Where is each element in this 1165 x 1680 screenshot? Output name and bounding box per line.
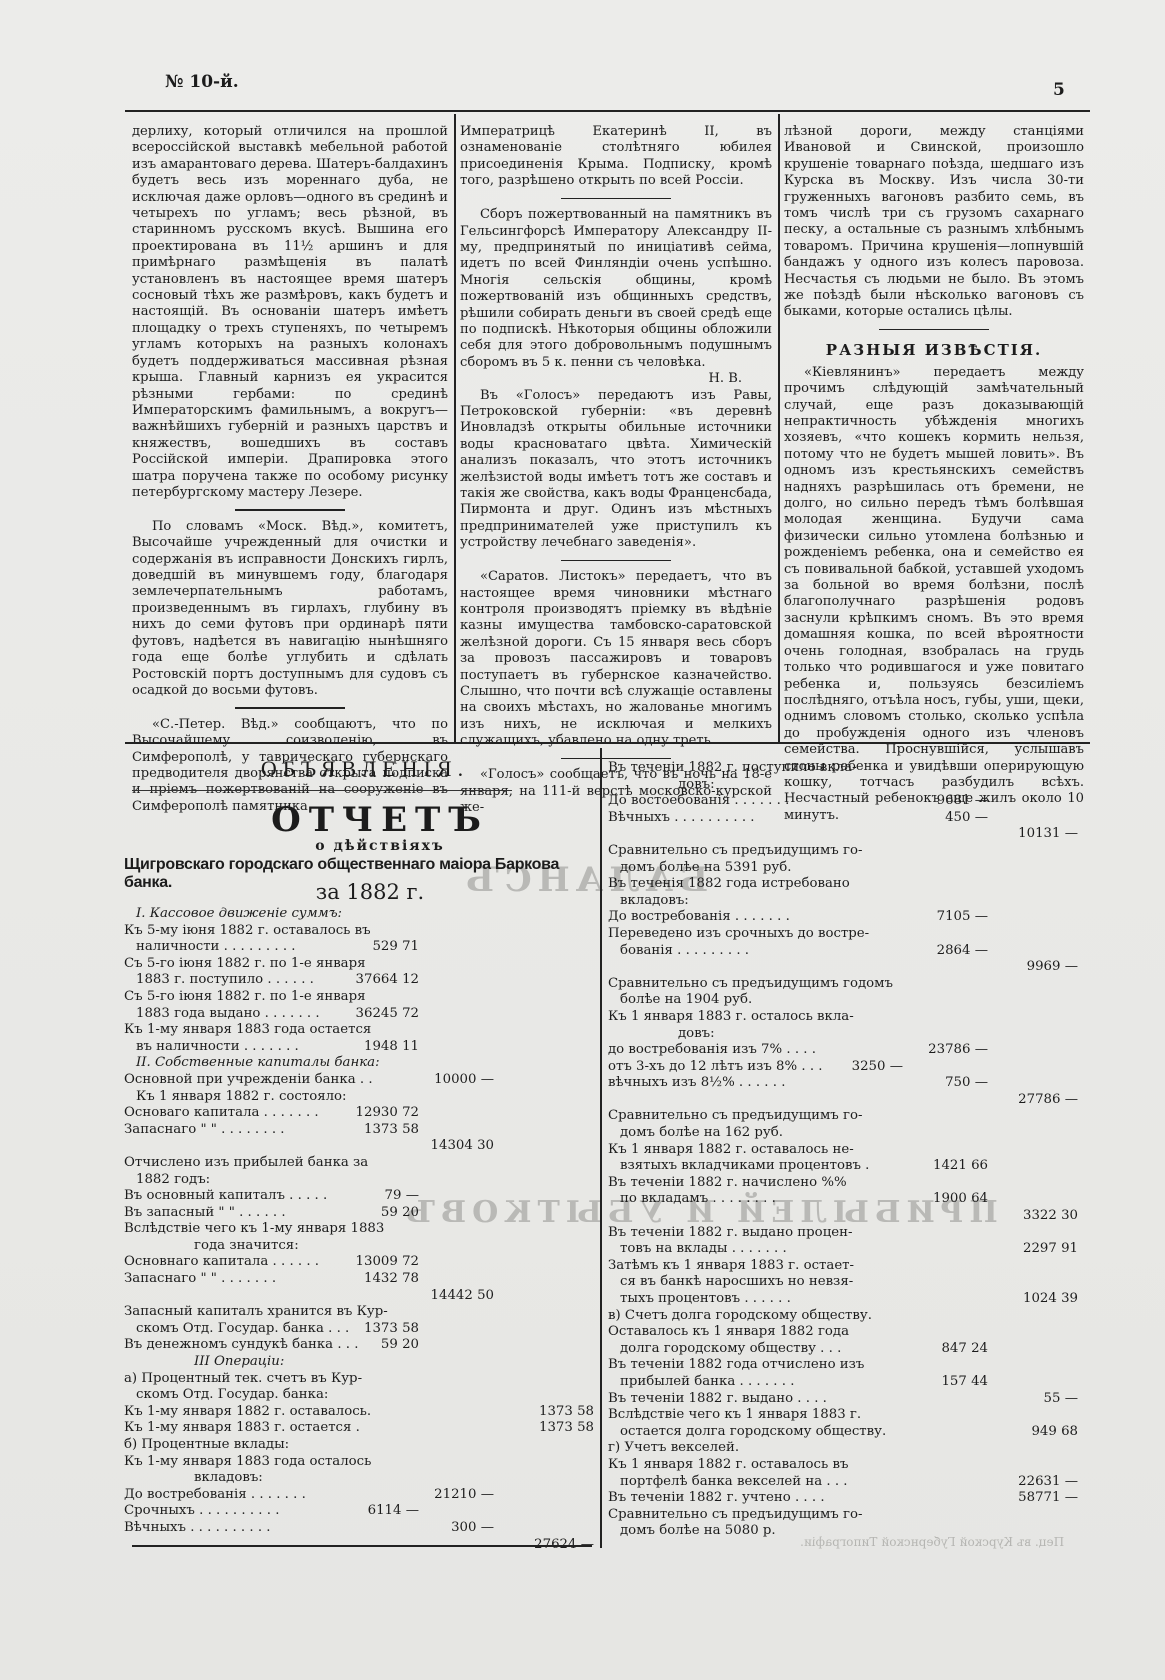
report-row: долга городскому обществу . . .847 24 xyxy=(608,1341,1088,1358)
row-label: домъ болѣе на 162 руб. xyxy=(620,1125,783,1142)
report-row: Въ теченіи 1882 г. начислено %% xyxy=(608,1175,1088,1192)
report-row: Къ 1 января 1883 г. осталось вкла- xyxy=(608,1009,1088,1026)
row-label: Въ основный капиталъ . . . . . xyxy=(124,1188,327,1205)
report-row: остается долга городскому обществу.949 6… xyxy=(608,1424,1088,1441)
report-row: до востребованія изъ 7% . . . .23786 — xyxy=(608,1042,1088,1059)
report-row: До востоебованія . . . . . . .9681 — xyxy=(608,793,1088,810)
article-paragraph: Сборъ пожертвованный на памятникъ въ Гел… xyxy=(460,207,772,371)
separator xyxy=(235,707,345,709)
report-row: скомъ Отд. Государ. банка: xyxy=(124,1387,594,1404)
bottom-rule xyxy=(132,1545,592,1547)
row-label: 1883 года выдано . . . . . . . xyxy=(136,1006,320,1023)
report-title: ОТЧЕТЪ xyxy=(260,800,500,840)
separator xyxy=(235,509,345,511)
row-amount: 1432 78 xyxy=(364,1271,419,1288)
row-label: бованія . . . . . . . . . xyxy=(620,943,749,960)
row-label: Вслѣдствіе чего къ 1-му января 1883 xyxy=(124,1221,384,1238)
report-row: болѣе на 1904 руб. xyxy=(608,992,1088,1009)
report-row: домъ болѣе на 162 руб. xyxy=(608,1125,1088,1142)
row-amount: 79 — xyxy=(385,1188,419,1205)
row-label: Къ 1 января 1882 г. оставалось въ xyxy=(608,1457,848,1474)
report-row: Сравнительно съ предъидущимъ го- xyxy=(608,1108,1088,1125)
report-row: взятыхъ вкладчиками процентовъ .1421 66 xyxy=(608,1158,1088,1175)
row-amount: 1024 39 xyxy=(1023,1291,1078,1308)
row-amount: 22631 — xyxy=(1018,1474,1078,1491)
row-label: Запасный капиталъ хранится въ Кур- xyxy=(124,1304,388,1321)
report-row: Переведено изъ срочныхъ до востре- xyxy=(608,926,1088,943)
row-amount: 12930 72 xyxy=(356,1105,419,1122)
row-amount: 27786 — xyxy=(1018,1092,1078,1109)
report-row: тыхъ процентовъ . . . . . .1024 39 xyxy=(608,1291,1088,1308)
row-label: Въ теченіи 1882 г. выдано процен- xyxy=(608,1225,852,1242)
row-amount: 1373 58 xyxy=(539,1404,594,1421)
report-row: Оставалось къ 1 января 1882 года xyxy=(608,1324,1088,1341)
separator xyxy=(879,329,989,331)
row-label: взятыхъ вкладчиками процентовъ . xyxy=(620,1158,869,1175)
row-label: скомъ Отд. Государ. банка: xyxy=(136,1387,328,1404)
article-signature: Н. В. xyxy=(460,371,742,387)
report-row: 3322 30 xyxy=(608,1208,1088,1225)
report-row: скомъ Отд. Государ. банка . . .1373 58 xyxy=(124,1321,594,1338)
row-label: Къ 1-му января 1883 года остается xyxy=(124,1022,371,1039)
report-row: Къ 1-му января 1883 года остается xyxy=(124,1022,594,1039)
report-row: в) Счетъ долга городскому обществу. xyxy=(608,1308,1088,1325)
row-amount: 58771 — xyxy=(1018,1490,1078,1507)
report-row: товъ на вклады . . . . . . .2297 91 xyxy=(608,1241,1088,1258)
report-row: Сравнительно съ предъидущимъ годомъ xyxy=(608,976,1088,993)
row-amount: 3250 — xyxy=(852,1059,903,1076)
report-row: Срочныхъ . . . . . . . . . .6114 — xyxy=(124,1503,594,1520)
row-label: довъ: xyxy=(678,777,715,794)
row-label: вкладовъ: xyxy=(194,1470,263,1487)
row-amount: 157 44 xyxy=(941,1374,988,1391)
report-row: Запаснаго " " . . . . . . .1432 78 xyxy=(124,1271,594,1288)
row-amount: 7105 — xyxy=(937,909,988,926)
row-label: Съ 5-го іюня 1882 г. по 1-е января xyxy=(124,989,366,1006)
row-label: Основаго капитала . . . . . . . xyxy=(124,1105,319,1122)
row-label: Вѣчныхъ . . . . . . . . . . xyxy=(608,810,755,827)
report-table-right: Въ теченіи 1882 г. поступило вкла-довъ:Д… xyxy=(608,760,1088,1540)
row-amount: 2297 91 xyxy=(1023,1241,1078,1258)
report-row: Въ теченіи 1882 г. поступило вкла- xyxy=(608,760,1088,777)
report-row: Вслѣдствіе чего къ 1-му января 1883 xyxy=(124,1221,594,1238)
report-row: Къ 5-му іюня 1882 г. оставалось въ xyxy=(124,923,594,940)
report-row: Къ 1 января 1882 г. состояло: xyxy=(124,1089,594,1106)
row-amount: 21210 — xyxy=(434,1487,494,1504)
report-row: вкладовъ: xyxy=(124,1470,594,1487)
row-label: Въ запасный " " . . . . . . xyxy=(124,1205,286,1222)
row-label: Отчислено изъ прибылей банка за xyxy=(124,1155,368,1172)
report-row: 27786 — xyxy=(608,1092,1088,1109)
row-label: Сравнительно съ предъидущимъ годомъ xyxy=(608,976,893,993)
row-label: скомъ Отд. Государ. банка . . . xyxy=(136,1321,349,1338)
article-paragraph: «Саратов. Листокъ» передаетъ, что въ нас… xyxy=(460,569,772,749)
report-row: III Операціи: xyxy=(124,1354,594,1371)
report-row: Основнаго капитала . . . . . .13009 72 xyxy=(124,1254,594,1271)
row-amount: 1421 66 xyxy=(933,1158,988,1175)
row-label: а) Процентный тек. счетъ въ Кур- xyxy=(124,1371,362,1388)
report-row: бованія . . . . . . . . .2864 — xyxy=(608,943,1088,960)
report-row: Сравнительно съ предъидущимъ го- xyxy=(608,843,1088,860)
report-row: а) Процентный тек. счетъ въ Кур- xyxy=(124,1371,594,1388)
row-label: в) Счетъ долга городскому обществу. xyxy=(608,1308,872,1325)
row-label: портфелѣ банка векселей на . . . xyxy=(620,1474,848,1491)
row-amount: 55 — xyxy=(1044,1391,1078,1408)
row-label: Къ 1 января 1883 г. осталось вкла- xyxy=(608,1009,854,1026)
row-amount: 750 — xyxy=(945,1075,988,1092)
report-row: отъ 3-хъ до 12 лѣтъ изъ 8% . . .3250 — xyxy=(608,1059,1088,1076)
row-label: Сравнительно съ предъидущимъ го- xyxy=(608,1108,862,1125)
row-label: вкладовъ: xyxy=(620,893,689,910)
row-label: Запаснаго " " . . . . . . . xyxy=(124,1271,276,1288)
row-label: До востребованія . . . . . . . xyxy=(608,909,790,926)
row-label: болѣе на 1904 руб. xyxy=(620,992,752,1009)
report-row: Къ 1-му января 1882 г. оставалось.1373 5… xyxy=(124,1404,594,1421)
ads-section-title: ОБЪЯВЛЕНІЯ. xyxy=(230,756,500,782)
separator xyxy=(561,198,671,200)
newspaper-page: БАЛАНСЪ ПРИБЫЛЕЙ И УБЫТКОВЪ Пец. въ Курс… xyxy=(0,0,1165,1680)
report-row: Въ теченіи 1882 года отчислено изъ xyxy=(608,1357,1088,1374)
separator xyxy=(561,560,671,562)
report-row: 14442 50 xyxy=(124,1288,594,1305)
report-row: ся въ банкѣ наросшихъ но невзя- xyxy=(608,1274,1088,1291)
row-label: Къ 1-му января 1883 г. остается . xyxy=(124,1420,360,1437)
column-divider-2 xyxy=(778,114,780,742)
report-row: вкладовъ: xyxy=(608,893,1088,910)
row-amount: 2864 — xyxy=(937,943,988,960)
report-row: Въ запасный " " . . . . . .59 20 xyxy=(124,1205,594,1222)
report-row: въ наличности . . . . . . .1948 11 xyxy=(124,1039,594,1056)
row-label: тыхъ процентовъ . . . . . . xyxy=(620,1291,791,1308)
row-label: Въ теченіи 1882 г. учтено . . . . xyxy=(608,1490,825,1507)
report-row: Къ 1 января 1882 г. оставалось не- xyxy=(608,1142,1088,1159)
column-2: Императрицѣ Екатеринѣ II, въ ознаменован… xyxy=(460,124,772,816)
report-row: Съ 5-го іюня 1882 г. по 1-е января xyxy=(124,989,594,1006)
row-label: Основной при учрежденіи банка . . xyxy=(124,1072,373,1089)
row-label: Въ денежномъ сундукѣ банка . . . xyxy=(124,1337,358,1354)
report-row: г) Учетъ векселей. xyxy=(608,1440,1088,1457)
row-amount: 1373 58 xyxy=(364,1321,419,1338)
row-amount: 9969 — xyxy=(1027,959,1078,976)
row-label: До востоебованія . . . . . . . xyxy=(608,793,789,810)
row-label: остается долга городскому обществу. xyxy=(620,1424,886,1441)
report-row: До востребованія . . . . . . .7105 — xyxy=(608,909,1088,926)
report-row: домъ болѣе на 5391 руб. xyxy=(608,860,1088,877)
row-label: долга городскому обществу . . . xyxy=(620,1341,841,1358)
row-label: отъ 3-хъ до 12 лѣтъ изъ 8% . . . xyxy=(608,1059,823,1076)
row-amount: 300 — xyxy=(451,1520,494,1537)
top-rule xyxy=(125,110,1090,112)
row-label: Съ 5-го іюня 1882 г. по 1-е января xyxy=(124,956,366,973)
row-label: Сравнительно съ предъидущимъ го- xyxy=(608,1507,862,1524)
report-table-left: I. Кассовое движеніе суммъ:Къ 5-му іюня … xyxy=(124,906,594,1553)
row-amount: 59 20 xyxy=(381,1205,419,1222)
report-row: Въ теченіи 1882 г. учтено . . . .58771 — xyxy=(608,1490,1088,1507)
report-row: Въ теченіи 1882 г. выдано процен- xyxy=(608,1225,1088,1242)
row-label: Запаснаго " " . . . . . . . . xyxy=(124,1122,285,1139)
column-3: лѣзной дороги, между станціями Ивановой … xyxy=(784,124,1084,824)
row-label: Въ теченіи 1882 года отчислено изъ xyxy=(608,1357,864,1374)
row-amount: 1373 58 xyxy=(364,1122,419,1139)
report-row: Вѣчныхъ . . . . . . . . . .300 — xyxy=(124,1520,594,1537)
separator xyxy=(561,758,671,760)
row-label: Вѣчныхъ . . . . . . . . . . xyxy=(124,1520,271,1537)
row-amount: 10131 — xyxy=(1018,826,1078,843)
row-label: Вслѣдствіе чего къ 1 января 1883 г. xyxy=(608,1407,861,1424)
row-label: до востребованія изъ 7% . . . . xyxy=(608,1042,816,1059)
row-label: Къ 1-му января 1883 года осталось xyxy=(124,1454,371,1471)
page-number: 5 xyxy=(1053,80,1065,100)
row-amount: 949 68 xyxy=(1031,1424,1078,1441)
report-row: Запаснаго " " . . . . . . . .1373 58 xyxy=(124,1122,594,1139)
row-label: До востребованія . . . . . . . xyxy=(124,1487,306,1504)
article-paragraph: «Кіевлянинъ» передаетъ между прочимъ слѣ… xyxy=(784,365,1084,824)
report-row: Основной при учрежденіи банка . .10000 — xyxy=(124,1072,594,1089)
row-label: II. Собственные капиталы банка: xyxy=(136,1055,380,1072)
report-row: Отчислено изъ прибылей банка за xyxy=(124,1155,594,1172)
article-paragraph: лѣзной дороги, между станціями Ивановой … xyxy=(784,124,1084,321)
row-amount: 14442 50 xyxy=(431,1288,494,1305)
row-amount: 1900 64 xyxy=(933,1191,988,1208)
report-row: 1883 года выдано . . . . . . .36245 72 xyxy=(124,1006,594,1023)
row-amount: 37664 12 xyxy=(356,972,419,989)
row-label: б) Процентные вклады: xyxy=(124,1437,289,1454)
row-label: Къ 1 января 1882 г. оставалось не- xyxy=(608,1142,854,1159)
report-row: года значится: xyxy=(124,1238,594,1255)
row-amount: 6114 — xyxy=(368,1503,419,1520)
issue-number: № 10-й. xyxy=(165,72,239,92)
row-label: Въ теченія 1882 года истребовано xyxy=(608,876,850,893)
row-amount: 14304 30 xyxy=(431,1138,494,1155)
report-row: I. Кассовое движеніе суммъ: xyxy=(124,906,594,923)
ads-title-rule xyxy=(132,790,512,791)
row-label: товъ на вклады . . . . . . . xyxy=(620,1241,787,1258)
row-label: Основнаго капитала . . . . . . xyxy=(124,1254,319,1271)
report-row: б) Процентные вклады: xyxy=(124,1437,594,1454)
article-paragraph: Въ «Голосъ» передаютъ изъ Равы, Петроков… xyxy=(460,388,772,552)
row-label: 1883 г. поступило . . . . . . xyxy=(136,972,314,989)
row-label: ся въ банкѣ наросшихъ но невзя- xyxy=(620,1274,853,1291)
report-row: Въ теченія 1882 года истребовано xyxy=(608,876,1088,893)
row-amount: 529 71 xyxy=(372,939,419,956)
row-label: Къ 1-му января 1882 г. оставалось. xyxy=(124,1404,371,1421)
report-row: Въ теченіи 1882 г. выдано . . . .55 — xyxy=(608,1391,1088,1408)
report-row: 14304 30 xyxy=(124,1138,594,1155)
report-row: Вѣчныхъ . . . . . . . . . .450 — xyxy=(608,810,1088,827)
report-row: Къ 1 января 1882 г. оставалось въ xyxy=(608,1457,1088,1474)
row-label: довъ: xyxy=(678,1026,715,1043)
row-label: г) Учетъ векселей. xyxy=(608,1440,739,1457)
row-label: домъ болѣе на 5080 р. xyxy=(620,1523,776,1540)
row-label: Затѣмъ къ 1 января 1883 г. остает- xyxy=(608,1258,854,1275)
section-title-news: РАЗНЫЯ ИЗВѢСТІЯ. xyxy=(784,342,1084,358)
row-amount: 59 20 xyxy=(381,1337,419,1354)
report-row: вѣчныхъ изъ 8½% . . . . . .750 — xyxy=(608,1075,1088,1092)
row-amount: 13009 72 xyxy=(356,1254,419,1271)
article-paragraph: По словамъ «Моск. Вѣд.», комитетъ, Высоч… xyxy=(132,519,448,699)
report-row: 10131 — xyxy=(608,826,1088,843)
report-row: Затѣмъ къ 1 января 1883 г. остает- xyxy=(608,1258,1088,1275)
row-amount: 3322 30 xyxy=(1023,1208,1078,1225)
row-label: Въ теченіи 1882 г. поступило вкла- xyxy=(608,760,857,777)
report-row: Сравнительно съ предъидущимъ го- xyxy=(608,1507,1088,1524)
row-label: наличности . . . . . . . . . xyxy=(136,939,296,956)
row-label: по вкладамъ . . . . . . . . xyxy=(620,1191,776,1208)
row-label: Въ теченіи 1882 г. начислено %% xyxy=(608,1175,847,1192)
row-amount: 23786 — xyxy=(928,1042,988,1059)
row-amount: 9681 — xyxy=(937,793,988,810)
row-label: I. Кассовое движеніе суммъ: xyxy=(136,906,342,923)
report-row: До востребованія . . . . . . .21210 — xyxy=(124,1487,594,1504)
row-label: III Операціи: xyxy=(194,1354,284,1371)
report-row: II. Собственные капиталы банка: xyxy=(124,1055,594,1072)
report-row: Съ 5-го іюня 1882 г. по 1-е января xyxy=(124,956,594,973)
row-label: года значится: xyxy=(194,1238,299,1255)
report-row: Къ 1-му января 1883 г. остается .1373 58 xyxy=(124,1420,594,1437)
report-row: наличности . . . . . . . . .529 71 xyxy=(124,939,594,956)
row-label: вѣчныхъ изъ 8½% . . . . . . xyxy=(608,1075,785,1092)
row-label: Къ 5-му іюня 1882 г. оставалось въ xyxy=(124,923,371,940)
report-subtitle: о дѣйствіяхъ xyxy=(300,838,460,854)
row-label: домъ болѣе на 5391 руб. xyxy=(620,860,791,877)
report-row: Къ 1-му января 1883 года осталось xyxy=(124,1454,594,1471)
column-1: дерлиху, который отличился на прошлой вс… xyxy=(132,124,448,815)
report-row: 1882 годъ: xyxy=(124,1172,594,1189)
row-amount: 1373 58 xyxy=(539,1420,594,1437)
report-row: 9969 — xyxy=(608,959,1088,976)
report-row: Вслѣдствіе чего къ 1 января 1883 г. xyxy=(608,1407,1088,1424)
row-label: Сравнительно съ предъидущимъ го- xyxy=(608,843,862,860)
report-year: за 1882 г. xyxy=(270,880,470,904)
row-label: Переведено изъ срочныхъ до востре- xyxy=(608,926,869,943)
report-row: 1883 г. поступило . . . . . .37664 12 xyxy=(124,972,594,989)
row-label: 1882 годъ: xyxy=(136,1172,210,1189)
column-divider-1 xyxy=(454,114,456,742)
row-amount: 1948 11 xyxy=(364,1039,419,1056)
article-paragraph: дерлиху, который отличился на прошлой вс… xyxy=(132,124,448,501)
row-label: Оставалось къ 1 января 1882 года xyxy=(608,1324,849,1341)
row-label: въ наличности . . . . . . . xyxy=(136,1039,299,1056)
row-label: Въ теченіи 1882 г. выдано . . . . xyxy=(608,1391,827,1408)
report-row: Основаго капитала . . . . . . .12930 72 xyxy=(124,1105,594,1122)
report-row: домъ болѣе на 5080 р. xyxy=(608,1523,1088,1540)
row-label: Срочныхъ . . . . . . . . . . xyxy=(124,1503,279,1520)
row-amount: 36245 72 xyxy=(356,1006,419,1023)
row-amount: 847 24 xyxy=(941,1341,988,1358)
report-row: довъ: xyxy=(608,777,1088,794)
report-row: Запасный капиталъ хранится въ Кур- xyxy=(124,1304,594,1321)
row-label: Къ 1 января 1882 г. состояло: xyxy=(136,1089,347,1106)
report-row: довъ: xyxy=(608,1026,1088,1043)
row-amount: 450 — xyxy=(945,810,988,827)
row-amount: 10000 — xyxy=(434,1072,494,1089)
report-row: Въ денежномъ сундукѣ банка . . .59 20 xyxy=(124,1337,594,1354)
row-label: прибылей банка . . . . . . . xyxy=(620,1374,794,1391)
middle-rule xyxy=(125,742,1090,744)
article-paragraph: Императрицѣ Екатеринѣ II, въ ознаменован… xyxy=(460,124,772,190)
report-row: прибылей банка . . . . . . .157 44 xyxy=(608,1374,1088,1391)
report-row: по вкладамъ . . . . . . . .1900 64 xyxy=(608,1191,1088,1208)
report-row: портфелѣ банка векселей на . . .22631 — xyxy=(608,1474,1088,1491)
report-row: Въ основный капиталъ . . . . .79 — xyxy=(124,1188,594,1205)
